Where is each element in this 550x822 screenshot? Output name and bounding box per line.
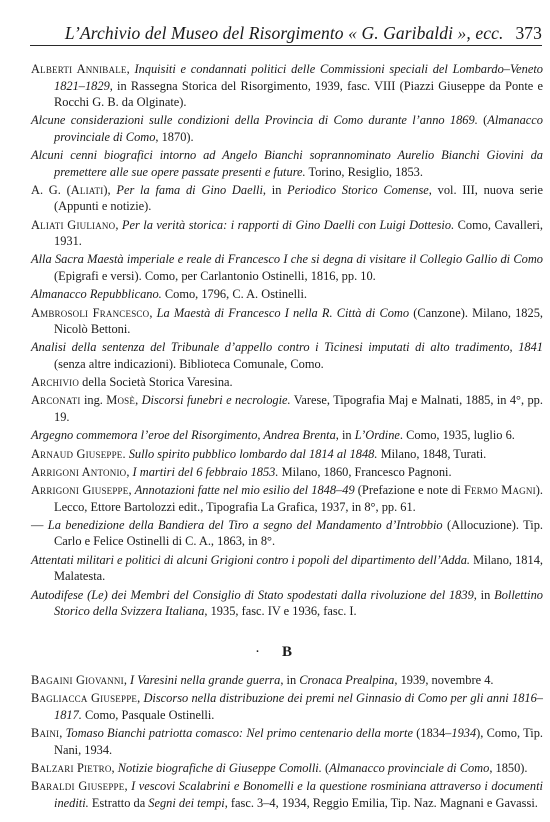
entry-text: , 1935, fasc. IV e 1936, fasc. I.: [204, 604, 356, 618]
bibliography-entry: Arrigoni Antonio, I martiri del 6 febbra…: [31, 464, 543, 481]
bibliography-entry: Alcune considerazioni sulle condizioni d…: [31, 112, 543, 145]
bibliography: Alberti Annibale, Inquisiti e condannati…: [31, 61, 543, 813]
author-name: Ambrosoli Francesco: [31, 306, 149, 320]
bibliography-entry: Arnaud Giuseppe. Sullo spirito pubblico …: [31, 446, 543, 463]
bibliography-entry: Alla Sacra Maestà imperiale e reale di F…: [31, 251, 543, 284]
author-name: Arconati: [31, 393, 81, 407]
author-name: Bagaini Giovanni: [31, 673, 124, 687]
entry-text: Torino, Resiglio, 1853.: [306, 165, 423, 179]
work-title: Alcuni cenni biografici intorno ad Angel…: [31, 148, 543, 179]
entry-text: , in Rassegna Storica del Risorgimento, …: [54, 79, 543, 110]
work-title: Analisi della sentenza del Tribunale d’a…: [31, 340, 543, 354]
work-title: Per la verità storica: i rapporti di Gin…: [122, 218, 454, 232]
author-name: Mosè: [106, 393, 135, 407]
bibliography-entry: — La benedizione della Bandiera del Tiro…: [31, 517, 543, 550]
running-title: L’Archivio del Museo del Risorgimento « …: [65, 23, 504, 44]
author-name: Balzari Pietro: [31, 761, 112, 775]
entry-text: (Epigrafi e versi). Como, per Carlantoni…: [54, 269, 376, 283]
section-letter: B: [282, 644, 292, 660]
bibliography-entry: Arrigoni Giuseppe, Annotazioni fatte nel…: [31, 482, 543, 515]
bibliography-entry: Aliati Giuliano, Per la verità storica: …: [31, 217, 543, 250]
entry-text: , 1850).: [489, 761, 527, 775]
entry-text: ing.: [81, 393, 107, 407]
bibliography-entry: Baraldi Giuseppe, I vescovi Scalabrini e…: [31, 778, 543, 811]
author-name: Bagliacca Giuseppe: [31, 691, 137, 705]
bibliography-entry: Arconati ing. Mosè, Discorsi funebri e n…: [31, 392, 543, 425]
work-title: Almanacco Repubblicano.: [31, 287, 162, 301]
work-title: Sullo spirito pubblico lombardo dal 1814…: [129, 447, 378, 461]
entry-text: Estratto da: [89, 796, 149, 810]
work-title: Notizie biografiche di Giuseppe Comolli.: [118, 761, 322, 775]
entry-text: (1834–: [413, 726, 451, 740]
work-title: I martiri del 6 febbraio 1853.: [133, 465, 279, 479]
author-name: Baraldi Giuseppe: [31, 779, 124, 793]
author-name: Aliati: [71, 183, 104, 197]
entry-text: , in: [280, 673, 299, 687]
page-number: 373: [515, 23, 542, 44]
work-title: L’Ordine: [355, 428, 400, 442]
work-title: Cronaca Prealpina: [299, 673, 394, 687]
entry-text: , in: [474, 588, 494, 602]
entry-text: (: [322, 761, 329, 775]
work-title: Almanacco provinciale di Como: [329, 761, 489, 775]
author-name: Arnaud Giuseppe: [31, 447, 123, 461]
author-name: Baini: [31, 726, 59, 740]
work-title: Autodifese (Le) dei Membri del Consiglio…: [31, 588, 474, 602]
entry-text: ),: [103, 183, 116, 197]
entries-section-a: Alberti Annibale, Inquisiti e condannati…: [31, 61, 543, 620]
work-title: La Maestà di Francesco I nella R. Città …: [157, 306, 409, 320]
running-header: L’Archivio del Museo del Risorgimento « …: [30, 18, 542, 46]
entry-text: , in: [336, 428, 355, 442]
bibliography-entry: Baini, Tomaso Bianchi patriotta comasco:…: [31, 725, 543, 758]
entry-text: , fasc. 3–4, 1934, Reggio Emilia, Tip. N…: [225, 796, 538, 810]
entry-text: A. G. (: [31, 183, 71, 197]
entry-text: . Como, 1935, luglio 6.: [400, 428, 515, 442]
entry-text: della Società Storica Varesina.: [79, 375, 233, 389]
stray-mark: ·: [255, 644, 260, 661]
bibliography-entry: Argegno commemora l’eroe del Risorgiment…: [31, 427, 543, 444]
author-name: Alberti Annibale: [31, 62, 127, 76]
bibliography-entry: Bagliacca Giuseppe, Discorso nella distr…: [31, 690, 543, 723]
work-title: Argegno commemora l’eroe del Risorgiment…: [31, 428, 336, 442]
entry-text: , 1939, novembre 4.: [394, 673, 493, 687]
bibliography-entry: A. G. (Aliati), Per la fama di Gino Dael…: [31, 182, 543, 215]
work-title: Alcune considerazioni sulle condizioni d…: [31, 113, 478, 127]
bibliography-entry: Alcuni cenni biografici intorno ad Angel…: [31, 147, 543, 180]
author-name: Aliati Giuliano: [31, 218, 115, 232]
entry-text: , 1870).: [155, 130, 193, 144]
entry-text: ,: [149, 306, 156, 320]
work-title: Tomaso Bianchi patriotta comasco: Nel pr…: [66, 726, 413, 740]
bibliography-entry: Archivio della Società Storica Varesina.: [31, 374, 543, 391]
work-title: 1934: [451, 726, 476, 740]
entry-text: Como, 1796, C. A. Ostinelli.: [162, 287, 307, 301]
document-page: L’Archivio del Museo del Risorgimento « …: [0, 0, 550, 822]
work-title: Per la fama di Gino Daelli: [116, 183, 263, 197]
work-title: Annotazioni fatte nel mio esilio del 184…: [135, 483, 355, 497]
work-title: Segni dei tempi: [148, 796, 224, 810]
author-name: Arrigoni Antonio: [31, 465, 126, 479]
work-title: Periodico Storico Comense: [287, 183, 429, 197]
work-title: I Varesini nella grande guerra: [130, 673, 280, 687]
bibliography-entry: Attentati militari e politici di alcuni …: [31, 552, 543, 585]
entry-text: (senza altre indicazioni). Biblioteca Co…: [54, 357, 324, 371]
bibliography-entry: Balzari Pietro, Notizie biografiche di G…: [31, 760, 543, 777]
entry-text: Milano, 1848, Turati.: [377, 447, 486, 461]
author-name: Archivio: [31, 375, 79, 389]
bibliography-entry: Bagaini Giovanni, I Varesini nella grand…: [31, 672, 543, 689]
entries-section-b: Bagaini Giovanni, I Varesini nella grand…: [31, 672, 543, 811]
bibliography-entry: Ambrosoli Francesco, La Maestà di France…: [31, 305, 543, 338]
entry-text: Como, Pasquale Ostinelli.: [82, 708, 215, 722]
work-title: La benedizione della Bandiera del Tiro a…: [48, 518, 443, 532]
work-title: Discorsi funebri e necrologie.: [142, 393, 291, 407]
author-name: Fermo Magni: [464, 483, 536, 497]
bibliography-entry: Autodifese (Le) dei Membri del Consiglio…: [31, 587, 543, 620]
entry-text: , in: [263, 183, 287, 197]
section-heading-b: · B: [31, 644, 543, 661]
entry-text: —: [31, 518, 48, 532]
entry-text: (Prefazione e note di: [355, 483, 464, 497]
bibliography-entry: Analisi della sentenza del Tribunale d’a…: [31, 339, 543, 372]
work-title: Attentati militari e politici di alcuni …: [31, 553, 470, 567]
work-title: Alla Sacra Maestà imperiale e reale di F…: [31, 252, 543, 266]
entry-text: Milano, 1860, Francesco Pagnoni.: [278, 465, 451, 479]
bibliography-entry: Alberti Annibale, Inquisiti e condannati…: [31, 61, 543, 111]
author-name: Arrigoni Giuseppe: [31, 483, 128, 497]
bibliography-entry: Almanacco Repubblicano. Como, 1796, C. A…: [31, 286, 543, 303]
entry-text: (: [478, 113, 487, 127]
